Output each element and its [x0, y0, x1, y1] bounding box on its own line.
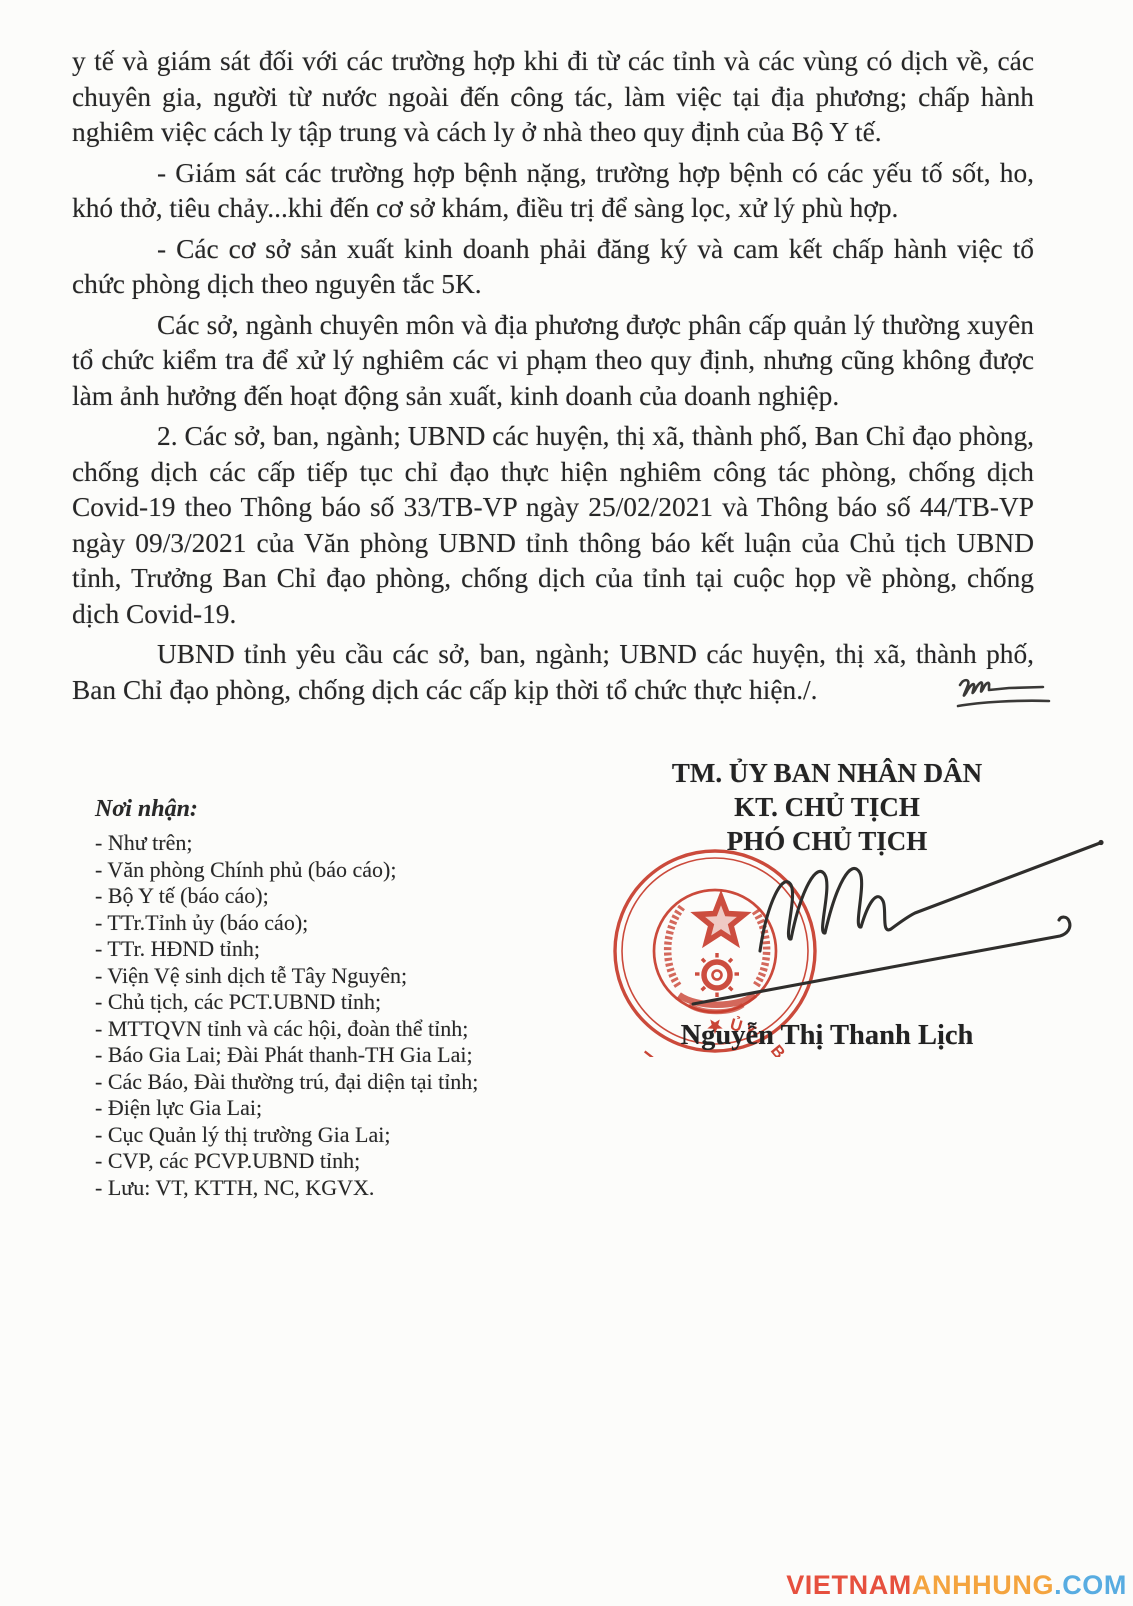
recipient-item: - Báo Gia Lai; Đài Phát thanh-TH Gia Lai…: [95, 1042, 565, 1069]
watermark-part: .COM: [1054, 1570, 1127, 1600]
recipient-item: - Bộ Y tế (báo cáo);: [95, 883, 565, 910]
body-paragraph: Các sở, ngành chuyên môn và địa phương đ…: [72, 308, 1034, 415]
recipient-item: - Chủ tịch, các PCT.UBND tỉnh;: [95, 989, 565, 1016]
handwritten-initials: [955, 676, 1060, 714]
recipient-item: - Văn phòng Chính phủ (báo cáo);: [95, 857, 565, 884]
document-body: y tế và giám sát đối với các trường hợp …: [72, 44, 1034, 708]
signature-loops: [760, 843, 1100, 951]
body-paragraph: - Các cơ sở sản xuất kinh doanh phải đăn…: [72, 232, 1034, 303]
recipient-item: - MTTQVN tỉnh và các hội, đoàn thể tỉnh;: [95, 1016, 565, 1043]
watermark-part: VIETNAM: [786, 1570, 912, 1600]
recipient-item: - Như trên;: [95, 830, 565, 857]
body-paragraph: - Giám sát các trường hợp bệnh nặng, trư…: [72, 156, 1034, 227]
watermark: VIETNAMANHHUNG.COM: [786, 1570, 1127, 1601]
recipient-item: - Lưu: VT, KTTH, NC, KGVX.: [95, 1175, 565, 1202]
document-page: y tế và giám sát đối với các trường hợp …: [0, 0, 1133, 1606]
recipient-item: - Cục Quản lý thị trường Gia Lai;: [95, 1122, 565, 1149]
signer-name: Nguyễn Thị Thanh Lịch: [617, 1020, 1037, 1052]
recipient-item: - Điện lực Gia Lai;: [95, 1095, 565, 1122]
signature-flourish: [693, 917, 1070, 1004]
handwritten-signature: [555, 823, 1115, 1018]
recipients-list: - Như trên;- Văn phòng Chính phủ (báo cá…: [95, 830, 565, 1201]
recipient-item: - Các Báo, Đài thường trú, đại diện tại …: [95, 1069, 565, 1096]
recipient-item: - Viện Vệ sinh dịch tễ Tây Nguyên;: [95, 963, 565, 990]
recipient-item: - CVP, các PCVP.UBND tỉnh;: [95, 1148, 565, 1175]
recipient-item: - TTr. HĐND tỉnh;: [95, 936, 565, 963]
body-paragraph: UBND tỉnh yêu cầu các sở, ban, ngành; UB…: [72, 637, 1034, 708]
body-paragraph: y tế và giám sát đối với các trường hợp …: [72, 44, 1034, 151]
signature-title-line1: KT. CHỦ TỊCH: [617, 790, 1037, 824]
watermark-part: ANHHUNG: [912, 1570, 1054, 1600]
recipient-item: - TTr.Tỉnh ủy (báo cáo);: [95, 910, 565, 937]
body-paragraph: 2. Các sở, ban, ngành; UBND các huyện, t…: [72, 419, 1034, 632]
signature-org-line: TM. ỦY BAN NHÂN DÂN: [617, 756, 1037, 790]
recipients-block: Nơi nhận: - Như trên;- Văn phòng Chính p…: [95, 796, 565, 1201]
recipients-header: Nơi nhận:: [95, 796, 565, 823]
